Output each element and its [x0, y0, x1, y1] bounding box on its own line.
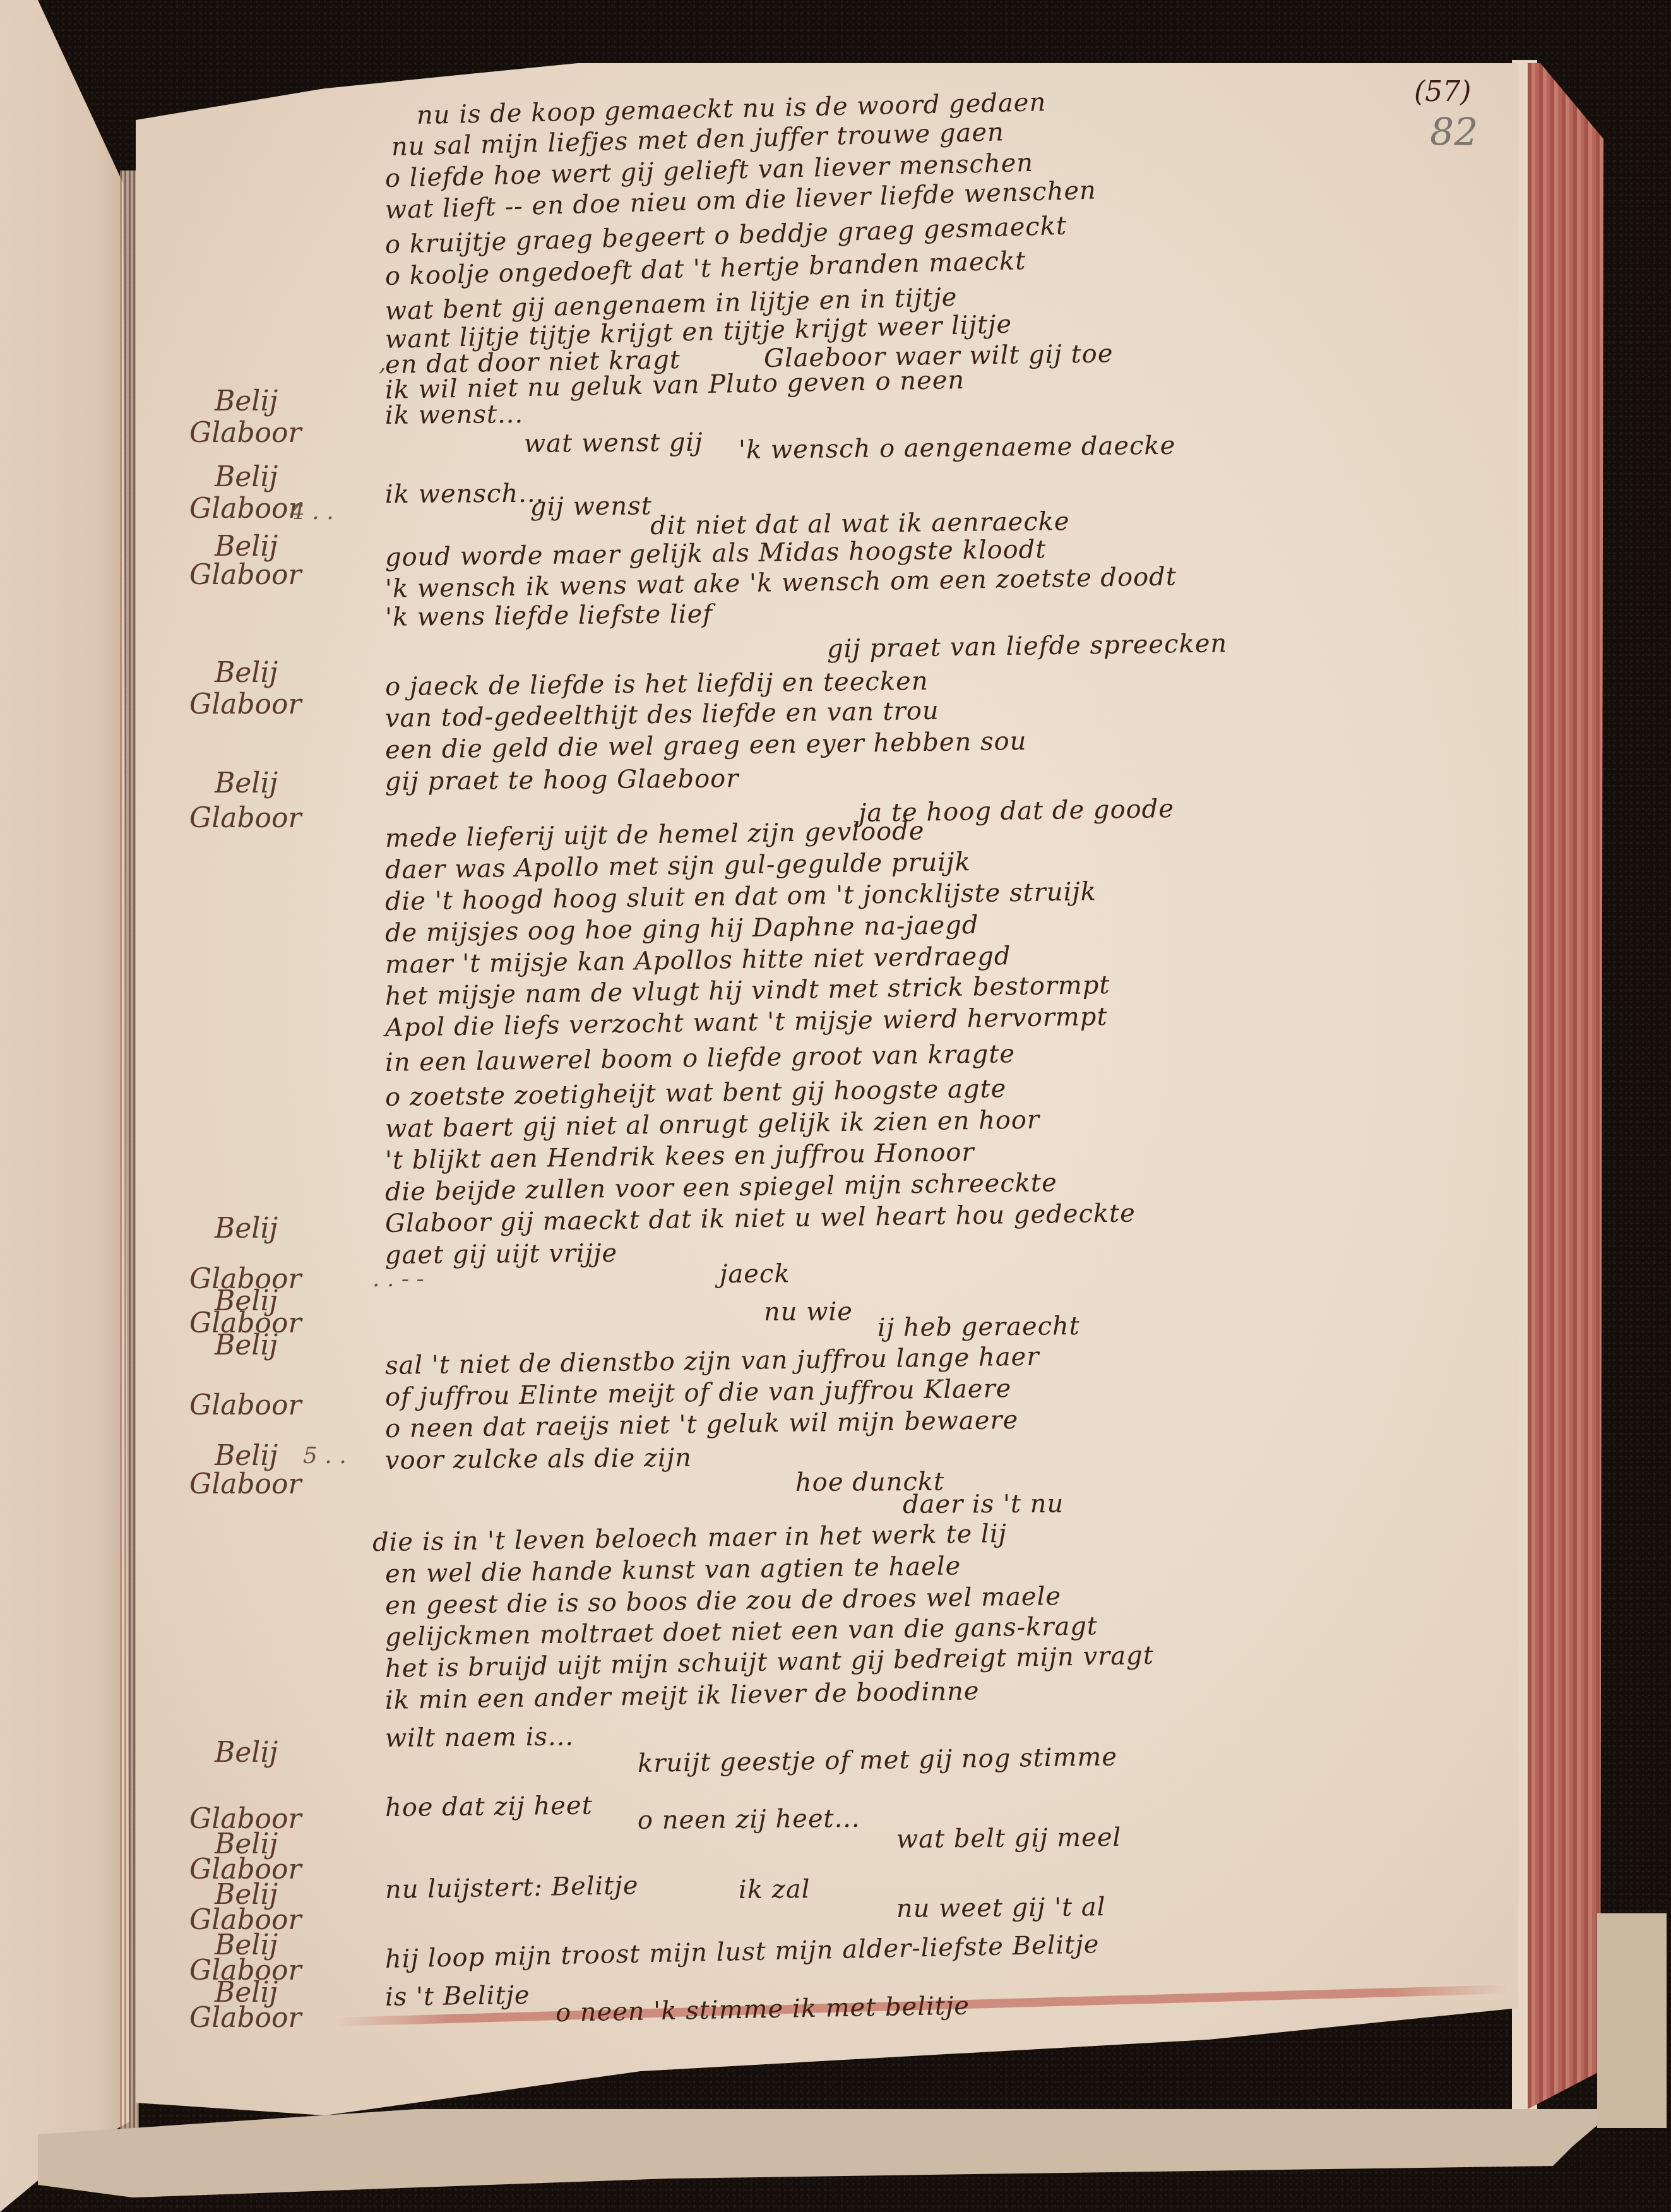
manuscript-line: 'k wens liefde liefste lief — [385, 600, 713, 632]
manuscript-line: nu weet gij 't al — [896, 1892, 1106, 1923]
speaker-name: Glaboor — [189, 1389, 302, 1421]
speaker-name: Belij — [215, 530, 278, 563]
manuscript-line: ik wensch... — [385, 479, 545, 509]
manuscript-line: gaet gij uijt vrijje — [385, 1239, 618, 1270]
manuscript-line: nu luijstert: Belitje — [385, 1871, 639, 1904]
speaker-name: Belij — [215, 385, 278, 417]
manuscript-line: nu wie — [764, 1297, 853, 1327]
manuscript-line: is 't Belitje — [385, 1981, 530, 2012]
speaker-name: Belij — [215, 1440, 278, 1472]
manuscript-line: ik wenst... — [385, 400, 524, 430]
speaker-name: Glaboor — [189, 559, 302, 591]
speaker-name: Glaboor — [189, 2002, 302, 2034]
speaker-name: Belij — [215, 1212, 278, 1245]
speaker-name: Glaboor — [189, 688, 302, 720]
manuscript-line: o jaeck de liefde is het liefdij en teec… — [385, 667, 929, 702]
margin-mark: 5 . . — [303, 1443, 347, 1469]
red-page-edges — [1528, 63, 1603, 2109]
manuscript-line: gij praet te hoog Glaeboor — [385, 764, 739, 796]
manuscript-line: daer is 't nu — [903, 1490, 1064, 1519]
manuscript-line: o neen zij heet... — [638, 1804, 860, 1835]
manuscript-line: 'k wensch o aengenaeme daecke — [739, 431, 1176, 465]
back-cover-corner — [1597, 1913, 1667, 2128]
speaker-name: Glaboor — [189, 417, 302, 449]
manuscript-line: ij heb geraecht — [877, 1312, 1080, 1342]
folio-number-pencil: 82 — [1430, 111, 1478, 155]
manuscript-line: ik zal — [739, 1875, 811, 1904]
speaker-name: Glaboor — [189, 1468, 302, 1500]
manuscript-line: wat belt gij meel — [896, 1823, 1122, 1854]
speaker-name: Belij — [215, 1737, 278, 1769]
manuscript-line: wilt naem is... — [385, 1722, 574, 1753]
folio-number-ink: (57) — [1414, 76, 1471, 108]
left-page — [0, 0, 136, 2212]
manuscript-line: wat wenst gij — [524, 428, 703, 458]
manuscript-line: gij wenst — [530, 491, 652, 522]
margin-mark: . . - - — [372, 1266, 424, 1292]
speaker-name: Belij — [215, 1329, 278, 1361]
manuscript-line: jaeck — [720, 1259, 790, 1289]
margin-mark: 4 . . — [290, 499, 334, 525]
speaker-name: Glaboor — [189, 493, 302, 525]
speaker-name: Belij — [215, 767, 278, 799]
manuscript-line: hoe dat zij heet — [385, 1791, 593, 1822]
speaker-name: Belij — [215, 657, 278, 689]
speaker-name: Belij — [215, 461, 278, 493]
manuscript-line: gij praet van liefde spreecken — [827, 629, 1228, 664]
manuscript-line: voor zulcke als die zijn — [385, 1444, 692, 1475]
speaker-name: Glaboor — [189, 802, 302, 834]
